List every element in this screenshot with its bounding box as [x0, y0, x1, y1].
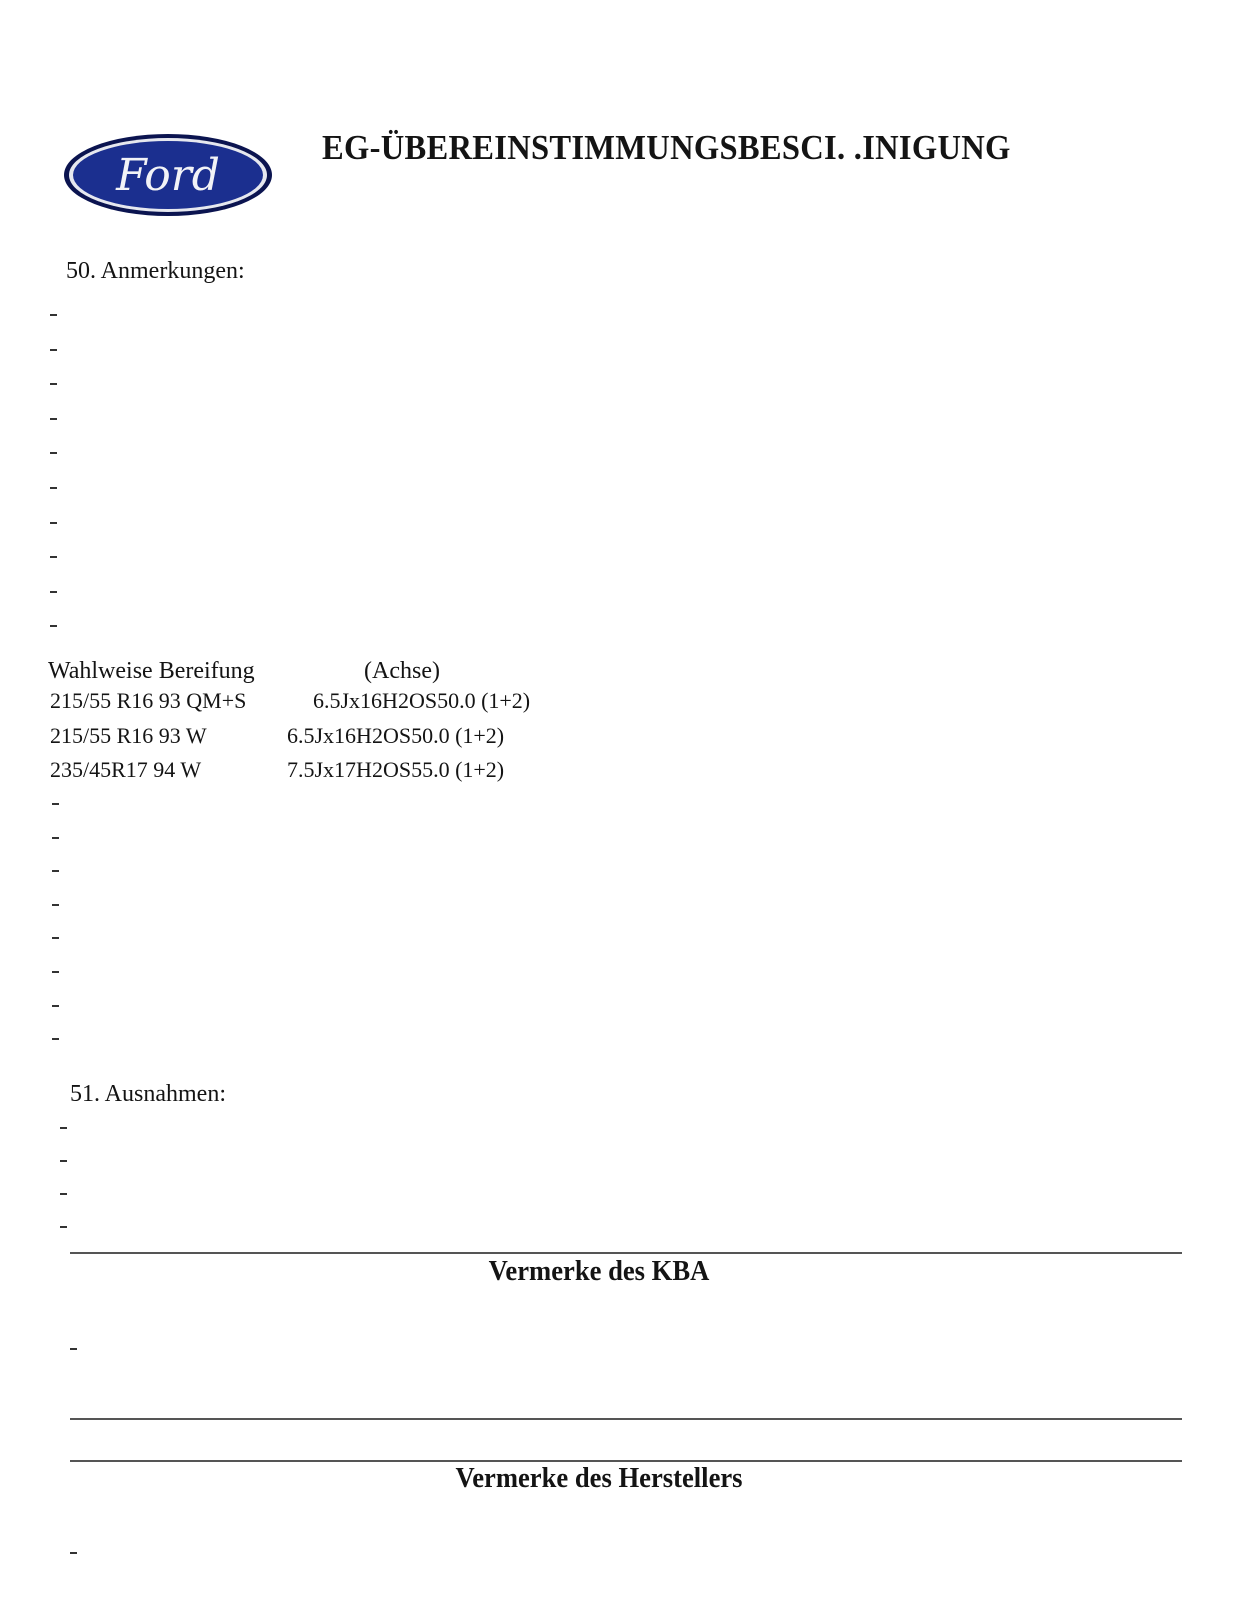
divider: [70, 1418, 1182, 1420]
bullet-dash: [52, 803, 59, 805]
divider: [70, 1460, 1182, 1462]
bullet-dash: [50, 418, 57, 420]
tyre-row-2-rim: 6.5Jx16H2OS50.0 (1+2): [287, 723, 504, 749]
ford-logo: Ford: [62, 132, 274, 218]
tyre-row-1-rim: 6.5Jx16H2OS50.0 (1+2): [313, 688, 530, 714]
bullet-dash: [52, 870, 59, 872]
tyre-heading-left: Wahlweise Bereifung: [48, 658, 255, 685]
kba-heading: Vermerke des KBA: [11, 1256, 1187, 1288]
bullet-dash: [60, 1160, 67, 1162]
bullet-dash: [52, 971, 59, 973]
bullet-dash: [50, 349, 57, 351]
bullet-dash: [60, 1193, 67, 1195]
bullet-dash: [50, 314, 57, 316]
bullet-dash: [50, 625, 57, 627]
bullet-dash: [52, 1038, 59, 1040]
bullet-dash: [50, 591, 57, 593]
document-title: EG-ÜBEREINSTIMMUNGSBESCI. .INIGUNG: [322, 128, 1011, 168]
bullet-dash: [50, 556, 57, 558]
bullet-dash: [70, 1348, 77, 1350]
tyre-row-2-size: 215/55 R16 93 W: [50, 723, 207, 749]
bullet-dash: [52, 1005, 59, 1007]
bullet-dash: [50, 383, 57, 385]
bullet-dash: [52, 937, 59, 939]
hersteller-heading: Vermerke des Herstellers: [11, 1463, 1187, 1495]
bullet-dash: [52, 904, 59, 906]
tyre-heading-right: (Achse): [364, 658, 440, 685]
bullet-dash: [60, 1127, 67, 1129]
bullet-dash: [50, 487, 57, 489]
divider: [70, 1252, 1182, 1254]
bullet-dash: [60, 1226, 67, 1228]
section-51-label: 51. Ausnahmen:: [70, 1081, 226, 1108]
bullet-dash: [50, 522, 57, 524]
tyre-row-1-size: 215/55 R16 93 QM+S: [50, 688, 246, 714]
tyre-row-3-size: 235/45R17 94 W: [50, 757, 201, 783]
bullet-dash: [50, 452, 57, 454]
logo-text: Ford: [115, 150, 220, 201]
tyre-row-3-rim: 7.5Jx17H2OS55.0 (1+2): [287, 757, 504, 783]
bullet-dash: [70, 1552, 77, 1554]
bullet-dash: [52, 837, 59, 839]
section-50-label: 50. Anmerkungen:: [66, 258, 245, 285]
